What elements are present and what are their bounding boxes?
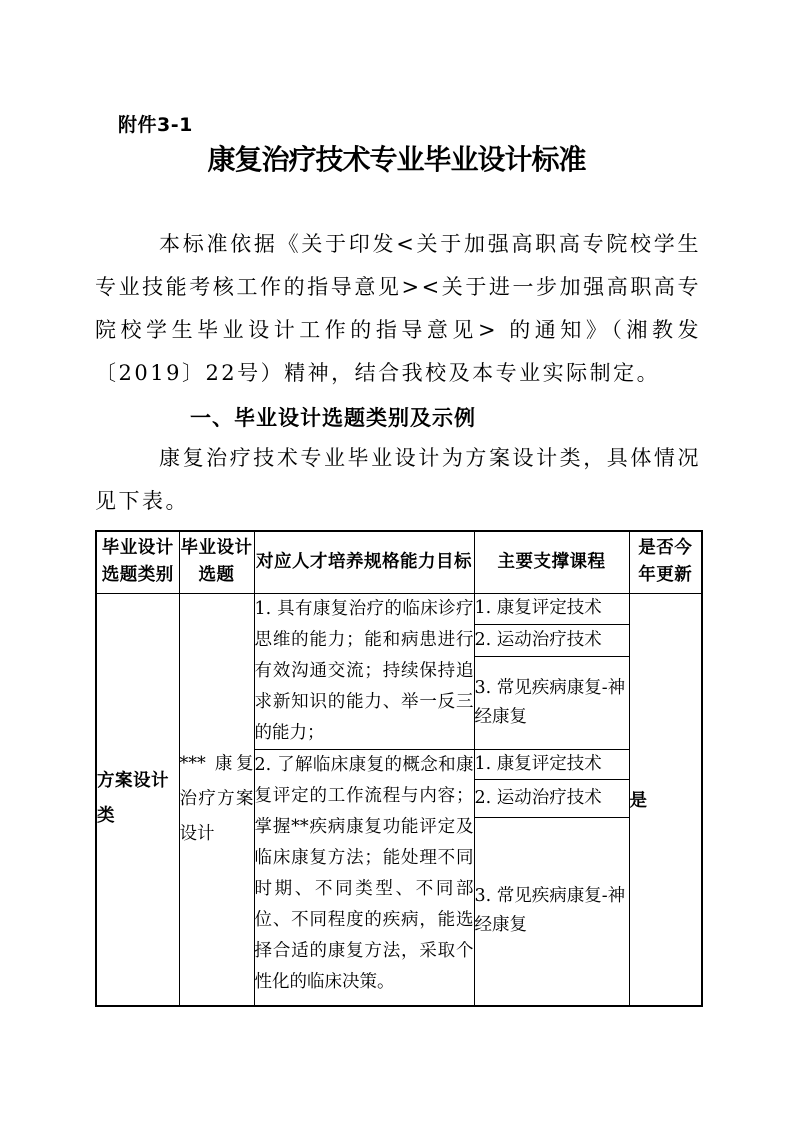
cell-objective-2: 2. 了解临床康复的概念和康复评定的工作流程与内容；掌握**疾病康复功能评定及临… xyxy=(254,749,474,1006)
cell-course-1-1: 1. 康复评定技术 xyxy=(474,593,629,624)
section-heading: 一、毕业设计选题类别及示例 xyxy=(190,403,476,433)
cell-course-2-2: 2. 运动治疗技术 xyxy=(474,779,629,817)
topic-table: 毕业设计选题类别 毕业设计选题 对应人才培养规格能力目标 主要支撑课程 是否今年… xyxy=(95,530,703,1007)
cell-updated-this-year: 是 xyxy=(629,593,702,1006)
header-supporting-courses: 主要支撑课程 xyxy=(474,531,629,593)
table-header-row: 毕业设计选题类别 毕业设计选题 对应人才培养规格能力目标 主要支撑课程 是否今年… xyxy=(96,531,702,593)
header-topic: 毕业设计选题 xyxy=(179,531,254,593)
cell-course-1-2: 2. 运动治疗技术 xyxy=(474,624,629,656)
intro-paragraph: 本标准依据《关于印发<关于加强高职高专院校学生专业技能考核工作的指导意见><关于… xyxy=(95,223,701,395)
document-page: 附件3-1 康复治疗技术专业毕业设计标准 本标准依据《关于印发<关于加强高职高专… xyxy=(0,0,793,1122)
cell-course-2-3: 3. 常见疾病康复-神经康复 xyxy=(474,817,629,1006)
cell-topic: *** 康复治疗方案设计 xyxy=(179,593,254,1006)
cell-objective-1: 1. 具有康复治疗的临床诊疗思维的能力；能和病患进行有效沟通交流；持续保持追求新… xyxy=(254,593,474,749)
section-intro-paragraph: 康复治疗技术专业毕业设计为方案设计类，具体情况见下表。 xyxy=(95,437,701,523)
table-row: 方案设计类 *** 康复治疗方案设计 1. 具有康复治疗的临床诊疗思维的能力；能… xyxy=(96,593,702,624)
page-title: 康复治疗技术专业毕业设计标准 xyxy=(0,138,793,178)
attachment-label: 附件3-1 xyxy=(118,110,193,137)
cell-category: 方案设计类 xyxy=(96,593,179,1006)
cell-course-2-1: 1. 康复评定技术 xyxy=(474,749,629,779)
cell-course-1-3: 3. 常见疾病康复-神经康复 xyxy=(474,656,629,749)
header-updated-this-year: 是否今年更新 xyxy=(629,531,702,593)
header-ability-objectives: 对应人才培养规格能力目标 xyxy=(254,531,474,593)
header-topic-category: 毕业设计选题类别 xyxy=(96,531,179,593)
